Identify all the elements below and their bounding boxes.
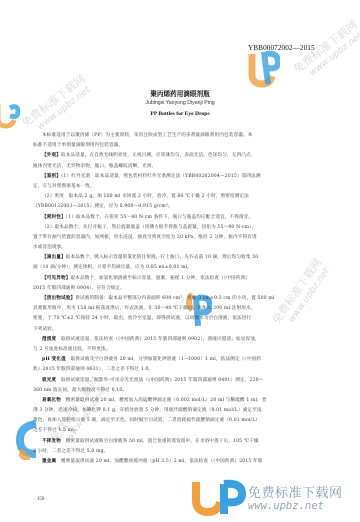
line-text: 精密量取供试液和空白溶液各 50 ml，置已恒重的蒸发皿中，在水浴中蒸干后，10…	[61, 439, 259, 444]
line-text: 水或冒泡现象。	[33, 245, 66, 250]
standard-code: YBB00072002—2015	[248, 44, 315, 52]
text-line: 【密封性】（1）取本品数个，在扭矩 55～80 N·cm 条件下，瓶口与瓶盖均应…	[33, 213, 333, 223]
section-heading: 【溶出物试验】	[42, 296, 75, 301]
text-line: 【可见异物】取本品数个，加氯化钠溶液至标示容量，旋紧，振摇 1 分钟，依法检查（…	[33, 274, 333, 284]
line-text: （1）取本品数个，在扭矩 55～80 N·cm 条件下，瓶口与瓶盖均应配合适宜，…	[66, 215, 253, 220]
text-line: 下列试验。	[33, 325, 333, 335]
section-heading: 【滴出量】	[42, 255, 66, 260]
text-line: 水或冒泡现象。	[33, 243, 333, 253]
line-text: 典》2015 年版四部通则 0631），二者之差不得过 1.0。	[33, 367, 153, 372]
line-text: （YBB00132003—2015）测定，应为 0.900～0.915 g/cm…	[33, 204, 173, 209]
text-line: 典》2015 年版四部通则 0631），二者之差不得过 1.0。	[33, 365, 333, 375]
up-logo-icon	[246, 48, 280, 90]
title-chinese: 聚丙烯药用滴眼剂瓶	[0, 88, 360, 98]
text-line: 置于带有抽气装置的容器内，加网板，用水浸没，抽真空到真空度为 20 kPa，维持…	[33, 233, 333, 243]
line-text: 标准不适用于单剂量滴眼剂用内包装容器。	[33, 143, 123, 148]
text-line: 与 2 号浊度标准液比较，不得更浓。	[33, 345, 333, 355]
up-logo-icon	[190, 478, 246, 518]
text-line: 标准不适用于单剂量滴眼剂用内包装容器。	[33, 141, 333, 151]
document-body: 本标准适用于以聚丙烯（PP）为主要原料，采用注吹成型工艺生产的多剂量滴眼剂用内包…	[33, 131, 333, 467]
text-line: 2015 年版四部通则 0904），应符合规定。	[33, 284, 333, 294]
brand-name: 免费标准下载网	[248, 482, 343, 501]
line-text: 供试液的制备：取本品平整部分内表面积 600 cm²，剪成 3 cm×0.3 c…	[75, 296, 274, 301]
line-text: 滴（10 滴/分钟），测定体积，计算平均滴出量，应为 0.05 ml±0.01 …	[33, 265, 192, 270]
line-text: 取供试液适量，依法检查（《中国药典》2015 年版四部通则 0902），溶液应澄…	[56, 337, 259, 342]
line-text: 取本品数个，吸入标示容量的氯化钠注射液，拧上瓶口，先弃去前 10 滴，然后均匀收…	[66, 255, 259, 260]
section-heading: 【可见异物】	[42, 276, 70, 281]
text-line: 2 小时，二者之差不得过 5.0 mg。	[33, 447, 333, 457]
text-line: 易氧化物 精密量取供试液 20 ml，精密加入高锰酸钾滴定液（0.002 mol…	[33, 396, 333, 406]
line-text: 取本品适量，在自然光线明亮处，正视目测，应厚薄均匀，表面光洁，色泽均匀，无凹凸点…	[61, 153, 256, 158]
line-text: （2）取本品数个，先打开瓶子，然后旋紧瓶盖（用测力扳手将瓶与盖旋紧，扭矩为 55…	[42, 225, 256, 230]
line-text: 之差不得过 1.5 ml。	[33, 428, 79, 433]
text-line: 定，应与对照图谱基本一致。	[33, 182, 333, 192]
section-heading: 澄清度	[42, 337, 56, 342]
footer-brand: 免费标准下载网 www.upbz.net	[248, 482, 343, 512]
text-line: 澄清度 取供试液适量，依法检查（《中国药典》2015 年版四部通则 0902），…	[33, 335, 333, 345]
text-line: 不挥发物 精密量取供试液和空白溶液各 50 ml，置已恒重的蒸发皿中，在水浴中蒸…	[33, 437, 333, 447]
section-heading: 不挥发物	[42, 439, 61, 444]
document-page: 免费标准下载网 www.upbz.net 免费标准下载网 www.upbz.ne…	[0, 0, 360, 522]
text-line: 之差不得过 1.5 ml。	[33, 426, 333, 436]
brand-url: www.upbz.net	[248, 500, 343, 512]
text-line: 【滴出量】取本品数个，吸入标示容量的氯化钠注射液，拧上瓶口，先弃去前 10 滴，…	[33, 253, 333, 263]
line-text: 与 2 号浊度标准液比较，不得更浓。	[33, 347, 110, 352]
title-pinyin: Jubingxi Yaoyong Diyanji Ping	[0, 100, 360, 106]
section-heading: 【鉴别】	[42, 174, 61, 179]
section-heading: 【外观】	[42, 153, 61, 158]
line-text: 密塞，于 70 ℃±2 ℃保持 24 小时，取出，放冷至室温，即得供试液，以同批…	[33, 316, 251, 321]
text-line: 【溶出物试验】供试液的制备：取本品平整部分内表面积 600 cm²，剪成 3 c…	[33, 294, 333, 304]
section-heading: 【密封性】	[42, 215, 66, 220]
title-english: PP Bottles for Eye Drops	[0, 111, 360, 117]
text-line: 黄色，再加入淀粉指示液 5 滴，滴定至无色，同时做空白试验，二者消耗硫代硫酸钠滴…	[33, 416, 333, 426]
section-heading: 易氧化物	[42, 398, 61, 403]
line-text: （1）红外光谱 取本品适量，照包装材料红外光谱测定法（YBB00262004—2…	[61, 174, 261, 179]
line-text: 具塞锥形瓶中，用水 150 ml 振荡洗涤后，弃去洗液，在 30～40 ℃干燥后…	[33, 306, 255, 311]
line-text: 取供试液适量，照紫外-可见分光光度法（《中国药典》2015 年版四部通则 040…	[56, 378, 263, 383]
text-line: 本标准适用于以聚丙烯（PP）为主要原料，采用注吹成型工艺生产的多剂量滴眼剂用内包…	[33, 131, 333, 141]
text-line: 密塞，于 70 ℃±2 ℃保持 24 小时，取出，放冷至室温，即得供试液，以同批…	[33, 314, 333, 324]
line-text: 本标准适用于以聚丙烯（PP）为主要原料，采用注吹成型工艺生产的多剂量滴眼剂用内包…	[42, 133, 252, 138]
line-text: （2）密度 取本品 2 g，加 100 ml 水回流 2 小时，放冷，置 80 …	[42, 194, 249, 199]
text-line: （2）取本品数个，先打开瓶子，然后旋紧瓶盖（用测力扳手将瓶与盖旋紧，扭矩为 55…	[33, 223, 333, 233]
section-heading: 吸光度	[42, 378, 56, 383]
line-text: 精密量取供试液 20 ml，精密加入高锰酸钾滴定液（0.002 mol/L）20…	[61, 398, 267, 403]
text-line: 沸 3 分钟，迅速冷却，加碘化钾 0.1 g，在暗处放置 5 分钟，用硫代硫酸钠…	[33, 406, 333, 416]
line-text: 取本品数个，加氯化钠溶液至标示容量，旋紧，振摇 1 分钟，依法检查（《中国药典》	[70, 276, 250, 281]
section-heading: pH 变化值	[42, 357, 66, 362]
line-text: 瓶体内壁光洁，无异物杂物，瓶口、瓶盖螺纹清晰、光滑。	[33, 164, 156, 169]
text-line: 瓶体内壁光洁，无异物杂物，瓶口、瓶盖螺纹清晰、光滑。	[33, 162, 333, 172]
line-text: 2015 年版四部通则 0904），应符合规定。	[33, 286, 125, 291]
line-text: 2 小时，二者之差不得过 5.0 mg。	[33, 449, 108, 454]
line-text: 黄色，再加入淀粉指示液 5 滴，滴定至无色，同时做空白试验，二者消耗硫代硫酸钠滴…	[33, 418, 260, 423]
line-text: 精密量取供试液 20 ml，加醋酸盐缓冲液（pH 3.5）2 ml，依法检查（《…	[56, 459, 262, 464]
line-text: 下列试验。	[33, 327, 57, 332]
text-line: 重金属 精密量取供试液 20 ml，加醋酸盐缓冲液（pH 3.5）2 ml，依法…	[33, 457, 333, 467]
text-line: （YBB00132003—2015）测定，应为 0.900～0.915 g/cm…	[33, 202, 333, 212]
text-line: pH 变化值 取供试液及空白溶液各 20 ml，分别加氯化钾溶液（1→1000）…	[33, 355, 333, 365]
text-line: 【鉴别】（1）红外光谱 取本品适量，照包装材料红外光谱测定法（YBB002620…	[33, 172, 333, 182]
page-number: · 150 ·	[34, 497, 47, 502]
text-line: （2）密度 取本品 2 g，加 100 ml 水回流 2 小时，放冷，置 80 …	[33, 192, 333, 202]
text-line: 【外观】取本品适量，在自然光线明亮处，正视目测，应厚薄均匀，表面光洁，色泽均匀，…	[33, 151, 333, 161]
text-line: 吸光度 取供试液适量，照紫外-可见分光光度法（《中国药典》2015 年版四部通则…	[33, 376, 333, 386]
line-text: 定，应与对照图谱基本一致。	[33, 184, 95, 189]
section-heading: 重金属	[42, 459, 56, 464]
line-text: 沸 3 分钟，迅速冷却，加碘化钾 0.1 g，在暗处放置 5 分钟，用硫代硫酸钠…	[33, 408, 262, 413]
line-text: 取供试液及空白溶液各 20 ml，分别加氯化钾溶液（1→1000）1 ml，依法…	[66, 357, 261, 362]
text-line: 滴（10 滴/分钟），测定体积，计算平均滴出量，应为 0.05 ml±0.01 …	[33, 263, 333, 273]
text-line: 具塞锥形瓶中，用水 150 ml 振荡洗涤后，弃去洗液，在 30～40 ℃干燥后…	[33, 304, 333, 314]
text-line: 360 nm 波长间，最大吸收度不得过 0.10。	[33, 386, 333, 396]
line-text: 置于带有抽气装置的容器内，加网板，用水浸没，抽真空到真空度为 20 kPa，维持…	[33, 235, 257, 240]
line-text: 360 nm 波长间，最大吸收度不得过 0.10。	[33, 388, 127, 393]
